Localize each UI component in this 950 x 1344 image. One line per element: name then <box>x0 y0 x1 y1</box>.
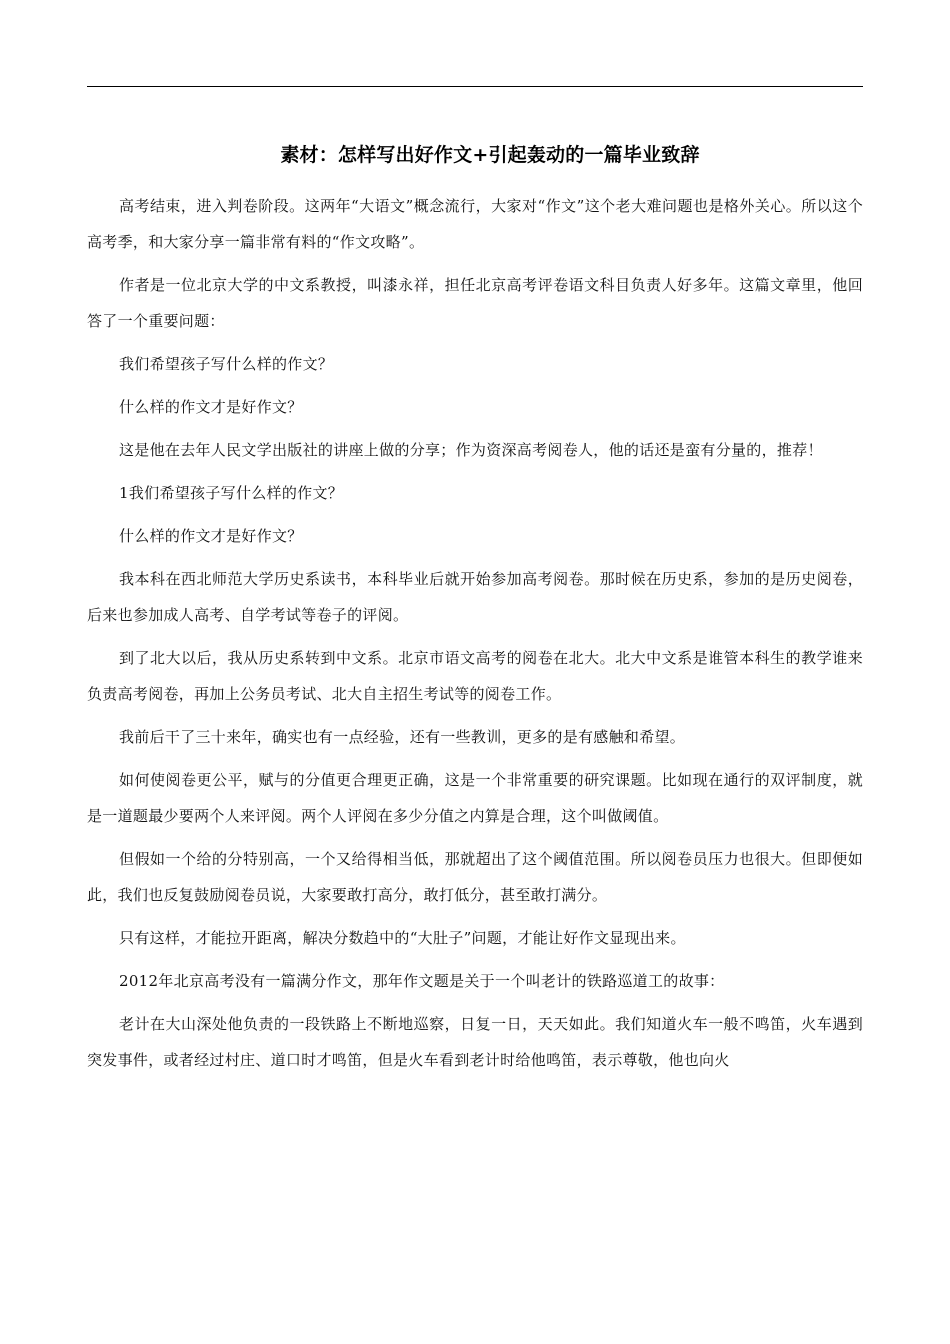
paragraph: 作者是一位北京大学的中文系教授，叫漆永祥，担任北京高考评卷语文科目负责人好多年。… <box>87 267 863 339</box>
paragraph: 如何使阅卷更公平，赋与的分值更合理更正确，这是一个非常重要的研究课题。比如现在通… <box>87 762 863 834</box>
paragraph: 2012年北京高考没有一篇满分作文，那年作文题是关于一个叫老计的铁路巡道工的故事… <box>87 963 863 999</box>
header-rule <box>87 86 863 87</box>
paragraph: 什么样的作文才是好作文？ <box>87 518 863 554</box>
paragraph: 这是他在去年人民文学出版社的讲座上做的分享；作为资深高考阅卷人，他的话还是蛮有分… <box>87 432 863 468</box>
paragraph: 我们希望孩子写什么样的作文？ <box>87 346 863 382</box>
paragraph: 我本科在西北师范大学历史系读书，本科毕业后就开始参加高考阅卷。那时候在历史系，参… <box>87 561 863 633</box>
paragraph: 老计在大山深处他负责的一段铁路上不断地巡察，日复一日，天天如此。我们知道火车一般… <box>87 1006 863 1078</box>
document-body: 高考结束，进入判卷阶段。这两年“大语文”概念流行，大家对“作文”这个老大难问题也… <box>87 188 863 1085</box>
paragraph: 我前后干了三十来年，确实也有一点经验，还有一些教训，更多的是有感触和希望。 <box>87 719 863 755</box>
paragraph: 只有这样，才能拉开距离，解决分数趋中的“大肚子”问题，才能让好作文显现出来。 <box>87 920 863 956</box>
paragraph: 到了北大以后，我从历史系转到中文系。北京市语文高考的阅卷在北大。北大中文系是谁管… <box>87 640 863 712</box>
section-heading: 1我们希望孩子写什么样的作文？ <box>87 475 863 511</box>
paragraph: 什么样的作文才是好作文？ <box>87 389 863 425</box>
document-title: 素材：怎样写出好作文+引起轰动的一篇毕业致辞 <box>87 141 863 169</box>
paragraph: 但假如一个给的分特别高，一个又给得相当低，那就超出了这个阈值范围。所以阅卷员压力… <box>87 841 863 913</box>
paragraph: 高考结束，进入判卷阶段。这两年“大语文”概念流行，大家对“作文”这个老大难问题也… <box>87 188 863 260</box>
